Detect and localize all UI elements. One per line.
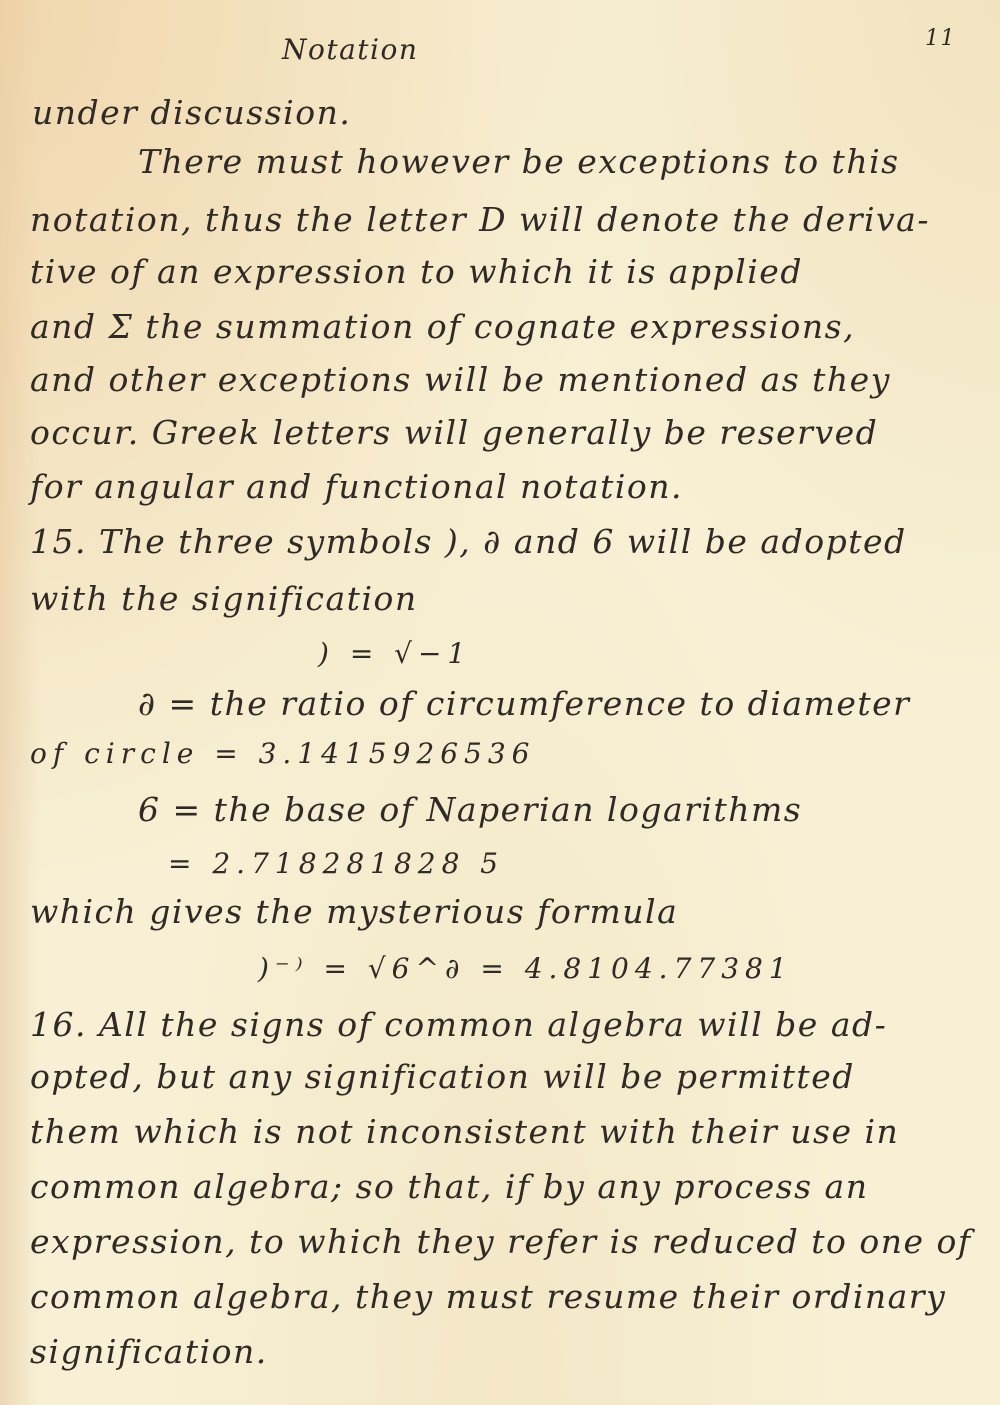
formula-e-def: 6 = the base of Naperian logarithms — [138, 793, 802, 826]
text-line: and other exceptions will be mentioned a… — [30, 363, 891, 396]
formula-pi-value: of circle = 3.1415926536 — [30, 740, 535, 768]
text-line: 15. The three symbols ), ∂ and 6 will be… — [30, 525, 907, 558]
formula-mysterious-intro: which gives the mysterious formula — [30, 895, 678, 928]
text-line: with the signification — [30, 582, 418, 615]
text-line: under discussion. — [32, 96, 351, 129]
formula-e-value: = 2.718281828 5 — [168, 850, 504, 878]
manuscript-page: Notation 11 under discussion.There must … — [0, 0, 1000, 1405]
text-line: and Σ the summation of cognate expressio… — [30, 310, 855, 343]
text-line: occur. Greek letters will generally be r… — [30, 416, 878, 449]
text-line: common algebra; so that, if by any proce… — [30, 1170, 868, 1203]
text-line: common algebra, they must resume their o… — [30, 1280, 946, 1313]
text-line: There must however be exceptions to this — [138, 145, 900, 178]
text-line: expression, to which they refer is reduc… — [30, 1225, 972, 1258]
text-line: signification. — [30, 1335, 268, 1368]
text-line: 16. All the signs of common algebra will… — [30, 1008, 887, 1041]
text-line: tive of an expression to which it is app… — [30, 255, 803, 288]
text-line: them which is not inconsistent with thei… — [30, 1115, 899, 1148]
page-title: Notation — [282, 36, 418, 64]
text-line: opted, but any signification will be per… — [30, 1060, 855, 1093]
text-line: for angular and functional notation. — [30, 470, 683, 503]
formula-pi-def: ∂ = the ratio of circumference to diamet… — [138, 687, 910, 720]
formula-mysterious-formula: )⁻⁾ = √6^∂ = 4.8104.77381 — [258, 955, 793, 983]
text-line: notation, thus the letter D will denote … — [30, 203, 930, 236]
page-number: 11 — [925, 28, 956, 50]
formula-j-def: ) = √−1 — [318, 640, 471, 668]
